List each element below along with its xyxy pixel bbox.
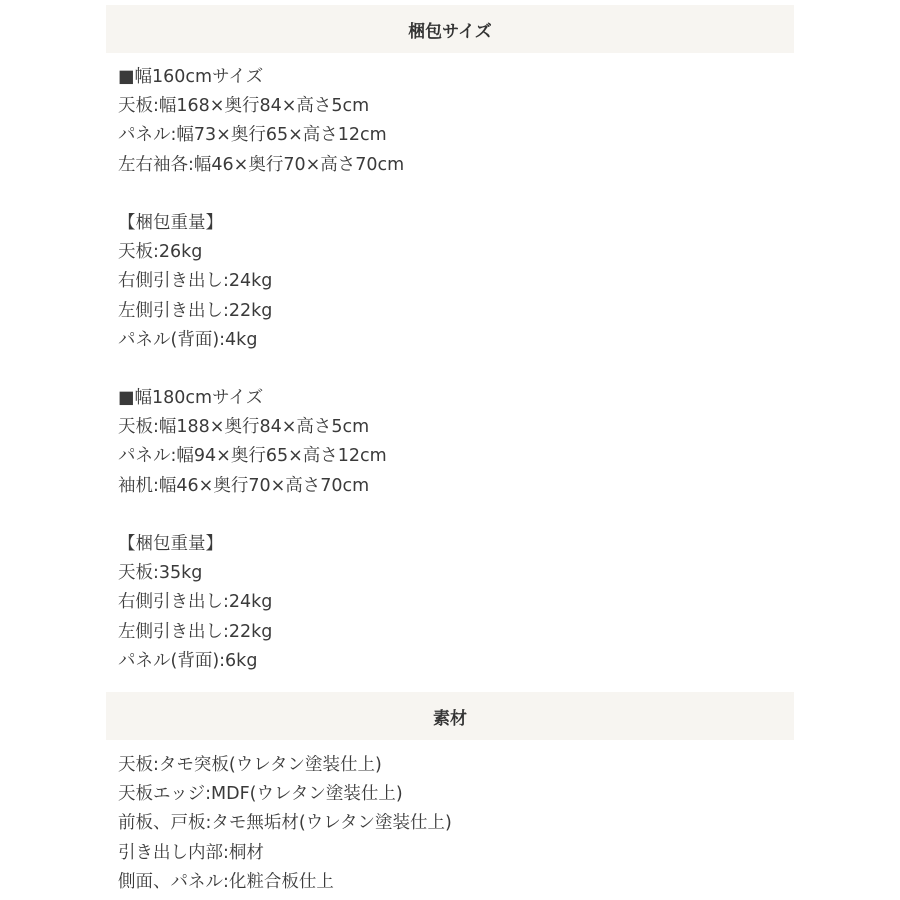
size-160-weight: 左側引き出し:22kg: [118, 297, 778, 326]
size-180-dimension: 天板:幅188×奥行84×高さ5cm: [118, 413, 778, 442]
packing-size-header: 梱包サイズ: [106, 5, 794, 53]
size-180-weight: 右側引き出し:24kg: [118, 588, 778, 617]
material-item: 引き出し内部:桐材: [118, 839, 778, 868]
size-180-dimension: パネル:幅94×奥行65×高さ12cm: [118, 442, 778, 471]
material-header: 素材: [106, 692, 794, 740]
size-180-weight: 左側引き出し:22kg: [118, 618, 778, 647]
material-title: 素材: [433, 704, 467, 729]
size-160-dimension: 左右袖各:幅46×奥行70×高さ70cm: [118, 151, 778, 180]
spacer: [118, 355, 778, 384]
size-160-weight: 右側引き出し:24kg: [118, 267, 778, 296]
spacer: [118, 180, 778, 209]
size-180-weight: 天板:35kg: [118, 559, 778, 588]
size-160-heading: ■幅160cmサイズ: [118, 63, 778, 92]
size-180-weight: パネル(背面):6kg: [118, 647, 778, 676]
size-160-weight-heading: 【梱包重量】: [118, 209, 778, 238]
size-160-weight: パネル(背面):4kg: [118, 326, 778, 355]
size-160-dimension: パネル:幅73×奥行65×高さ12cm: [118, 121, 778, 150]
material-item: 天板:タモ突板(ウレタン塗装仕上): [118, 751, 778, 780]
material-item: 前板、戸板:タモ無垢材(ウレタン塗装仕上): [118, 809, 778, 838]
size-160-weight: 天板:26kg: [118, 238, 778, 267]
spacer: [118, 501, 778, 530]
size-180-dimension: 袖机:幅46×奥行70×高さ70cm: [118, 472, 778, 501]
size-180-heading: ■幅180cmサイズ: [118, 384, 778, 413]
size-160-dimension: 天板:幅168×奥行84×高さ5cm: [118, 92, 778, 121]
material-body: 天板:タモ突板(ウレタン塗装仕上) 天板エッジ:MDF(ウレタン塗装仕上) 前板…: [118, 751, 778, 897]
packing-size-body: ■幅160cmサイズ 天板:幅168×奥行84×高さ5cm パネル:幅73×奥行…: [118, 63, 778, 676]
packing-size-title: 梱包サイズ: [408, 17, 492, 42]
material-item: 側面、パネル:化粧合板仕上: [118, 868, 778, 897]
material-item: 天板エッジ:MDF(ウレタン塗装仕上): [118, 780, 778, 809]
size-180-weight-heading: 【梱包重量】: [118, 530, 778, 559]
